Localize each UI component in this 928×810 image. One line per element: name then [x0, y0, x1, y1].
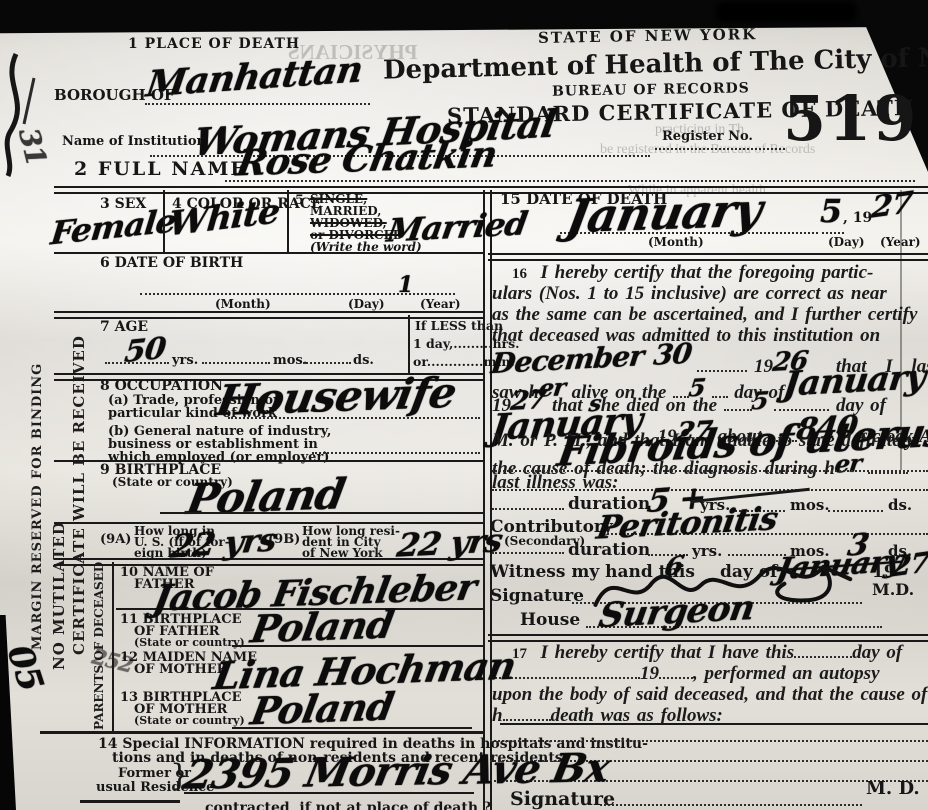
- occupation-b-line: [312, 452, 480, 454]
- date-of-death-19: , 19: [843, 210, 872, 226]
- dod-year-label: (Year): [880, 235, 921, 249]
- race-marital-divider: [287, 190, 289, 252]
- full-name-label: 2 FULL NAME: [74, 158, 247, 180]
- register-number-value: 519: [783, 82, 918, 155]
- cert17-l2b: , performed an autopsy: [693, 663, 880, 684]
- occupation-a-value: Housewife: [213, 368, 460, 425]
- signature-md-label: M.D.: [872, 580, 914, 599]
- place-of-death-label: 1 PLACE OF DEATH: [128, 36, 300, 52]
- age-mos-label: mos.: [273, 353, 307, 368]
- father-bp-value: Poland: [248, 602, 397, 652]
- age-ds-line: [303, 362, 351, 364]
- cert17-line2: 19, performed an autopsy: [492, 663, 880, 685]
- cert17-line3: upon the body of said deceased, and that…: [492, 684, 927, 706]
- borough-line: [145, 103, 370, 105]
- cert17-l2a: 19: [640, 663, 659, 684]
- cert16-num: 16: [512, 266, 527, 282]
- us-residence-value: 22 yrs: [169, 520, 279, 565]
- marital-section-number: 5: [295, 193, 304, 208]
- cert17-solid-line: [500, 723, 928, 725]
- dur1-mos: mos.: [790, 496, 830, 514]
- age-mos-line: [202, 362, 270, 364]
- dotted-blank: [794, 642, 852, 658]
- occupation-label: 8 OCCUPATION: [100, 378, 223, 394]
- mother-bp-value: Poland: [248, 684, 397, 734]
- father-bp-sub: (State or country): [134, 636, 245, 649]
- dob-year-label: (Year): [420, 297, 461, 311]
- signature-label: Signature: [490, 586, 584, 606]
- age-less-line1: If LESS than: [415, 318, 503, 333]
- cert16-l1-text: I hereby certify that the foregoing part…: [541, 262, 874, 283]
- register-number-line: [655, 148, 785, 150]
- state-of-new-york: STATE OF NEW YORK: [538, 25, 758, 47]
- dod-day-label: (Day): [828, 235, 865, 249]
- nyc-residence-value: 22 yrs: [394, 521, 504, 564]
- cert17-md-label: M. D.: [866, 778, 920, 799]
- dob-month-label: (Month): [215, 297, 271, 311]
- mother-bp-sub: (State or country): [134, 714, 245, 727]
- birthplace-line: [160, 512, 483, 514]
- dob-value: 1: [398, 272, 412, 298]
- bottom-cut-dash: [80, 800, 180, 803]
- age-box-divider: [408, 315, 410, 375]
- cert16-line1: 16 I hereby certify that the foregoing p…: [512, 262, 873, 284]
- dob-label: 6 DATE OF BIRTH: [100, 255, 243, 271]
- parents-box-divider: [112, 562, 114, 732]
- marital-value: Married: [384, 204, 529, 249]
- death-certificate-scan: PHYSICIANS practicing in Th be registere…: [0, 0, 928, 810]
- margin-binding-text: MARGIN RESERVED FOR BINDING: [30, 310, 45, 650]
- institution-label: Name of Institution: [62, 134, 206, 149]
- bottom-cut-text: contracted, if not at place of death ?: [205, 800, 491, 810]
- age-ds-label: ds.: [353, 353, 374, 368]
- dod-day-line: [822, 232, 844, 234]
- cert17-l1a: I hereby certify that I have this: [541, 642, 795, 663]
- age-yrs-line: [105, 362, 169, 364]
- cert16-line3: as the same can be ascertained, and I fu…: [492, 304, 917, 326]
- us-residence-num: (9A): [100, 532, 131, 547]
- age-yrs-label: yrs.: [172, 353, 198, 368]
- section16-bottom-rule: [488, 634, 928, 642]
- age-label: 7 AGE: [100, 319, 148, 335]
- date-of-death-day-value: 5: [820, 192, 841, 230]
- cert17-l1b: day of: [852, 642, 902, 663]
- register-number-label: Register No.: [662, 129, 753, 144]
- age-value: 50: [123, 331, 167, 370]
- dur1-lead-dots: [492, 508, 564, 510]
- sex-race-divider: [163, 190, 165, 252]
- dob-day-label: (Day): [348, 297, 385, 311]
- house-label: House: [520, 610, 580, 630]
- cert17-line1: 17 I hereby certify that I have thisday …: [512, 642, 902, 664]
- date-of-death-month-value: January: [563, 183, 766, 244]
- birthplace-value: Poland: [183, 469, 348, 523]
- dotted-blank: [659, 663, 693, 679]
- dur1-ds: ds.: [888, 496, 912, 514]
- dur2-lead-dots: [492, 552, 564, 554]
- full-name-line: [225, 180, 915, 182]
- cert16-line2: ulars (Nos. 1 to 15 inclusive) are corre…: [492, 283, 887, 305]
- residence-value: 2395 Morris Ave Bx: [181, 744, 613, 798]
- parents-of-deceased-label: PARENTS OF DECEASED: [92, 565, 106, 730]
- dotted-blank: [503, 705, 551, 721]
- scan-stamp-blob: [716, 2, 856, 22]
- margin-no-mutilated-text: NO MUTILATED: [50, 470, 68, 670]
- row345-bottom-line: [54, 252, 483, 254]
- diagnosis-dotted-line2: [492, 489, 928, 491]
- dod-bottom-rule: [488, 253, 928, 261]
- cert17-signature-dots: [600, 804, 862, 806]
- cert17-blank-line1: [490, 740, 928, 742]
- column-divider: [483, 190, 492, 810]
- date-of-death-yy: 27: [870, 185, 913, 225]
- dur1-ds-dots: [828, 510, 883, 512]
